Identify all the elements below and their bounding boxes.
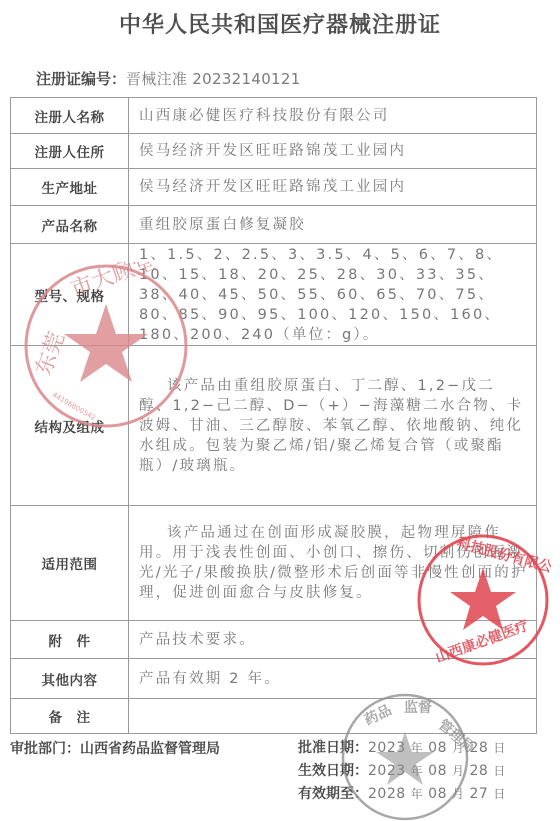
registration-number: 注册证编号：晋械注准 20232140121 xyxy=(36,68,301,89)
other-label: 其他内容 xyxy=(11,659,129,699)
approval-date-month: 08 xyxy=(428,740,447,756)
effective-date-year: 2023 xyxy=(368,763,406,779)
effective-date: 生效日期：2023年08月28日 xyxy=(298,760,511,783)
composition-label: 结构及组成 xyxy=(11,346,129,506)
scope-label: 适用范围 xyxy=(11,506,129,621)
approval-department: 审批部门：山西省药品监督管理局 xyxy=(10,738,220,758)
row-model-spec: 型号、规格 1、1.5、2、2.5、3、3.5、4、5、6、7、8、10、15、… xyxy=(11,244,537,346)
registration-number-value: 晋械注准 20232140121 xyxy=(126,70,301,88)
effective-date-day: 28 xyxy=(470,763,489,779)
row-registrant-address: 注册人住所 侯马经济开发区旺旺路锦茂工业园内 xyxy=(11,134,537,169)
approval-date: 批准日期：2023年08月28日 xyxy=(298,737,511,760)
model-spec-label: 型号、规格 xyxy=(11,244,129,346)
product-name-value: 重组胶原蛋白修复凝胶 xyxy=(129,206,537,244)
certificate-table: 注册人名称 山西康必健医疗科技股份有限公司 注册人住所 侯马经济开发区旺旺路锦茂… xyxy=(10,97,537,734)
remarks-label: 备 注 xyxy=(11,699,129,734)
effective-date-month: 08 xyxy=(428,763,447,779)
row-production-address: 生产地址 侯马经济开发区旺旺路锦茂工业园内 xyxy=(11,169,537,206)
expiry-date-year: 2028 xyxy=(368,786,406,802)
registrant-name-label: 注册人名称 xyxy=(11,98,129,134)
production-address-label: 生产地址 xyxy=(11,169,129,206)
production-address-value: 侯马经济开发区旺旺路锦茂工业园内 xyxy=(129,169,537,206)
row-remarks: 备 注 xyxy=(11,699,537,734)
document-title: 中华人民共和国医疗器械注册证 xyxy=(0,8,560,39)
scope-text: 该产品通过在创面形成凝胶膜，起物理屏障作用。用于浅表性创面、小创口、擦伤、切割伤… xyxy=(139,525,528,601)
approval-date-year: 2023 xyxy=(368,740,406,756)
dates-block: 批准日期：2023年08月28日 生效日期：2023年08月28日 有效期至：2… xyxy=(298,737,511,806)
row-composition: 结构及组成 该产品由重组胶原蛋白、丁二醇、1,2−戊二醇、1,2−己二醇、D−（… xyxy=(11,346,537,506)
other-value: 产品有效期 2 年。 xyxy=(129,659,537,699)
effective-date-label: 生效日期： xyxy=(298,763,368,779)
expiry-date-month: 08 xyxy=(428,786,447,802)
registrant-name-value: 山西康必健医疗科技股份有限公司 xyxy=(129,98,537,134)
expiry-date-label: 有效期至： xyxy=(298,786,368,802)
composition-text: 该产品由重组胶原蛋白、丁二醇、1,2−戊二醇、1,2−己二醇、D−（+）−海藻糖… xyxy=(139,378,523,474)
row-other: 其他内容 产品有效期 2 年。 xyxy=(11,659,537,699)
row-scope: 适用范围 该产品通过在创面形成凝胶膜，起物理屏障作用。用于浅表性创面、小创口、擦… xyxy=(11,506,537,621)
row-registrant-name: 注册人名称 山西康必健医疗科技股份有限公司 xyxy=(11,98,537,134)
model-spec-value: 1、1.5、2、2.5、3、3.5、4、5、6、7、8、10、15、18、20、… xyxy=(129,244,537,346)
approval-date-label: 批准日期： xyxy=(298,740,368,756)
scope-value: 该产品通过在创面形成凝胶膜，起物理屏障作用。用于浅表性创面、小创口、擦伤、切割伤… xyxy=(129,506,537,621)
remarks-value xyxy=(129,699,537,734)
row-product-name: 产品名称 重组胶原蛋白修复凝胶 xyxy=(11,206,537,244)
product-name-label: 产品名称 xyxy=(11,206,129,244)
registrant-address-value: 侯马经济开发区旺旺路锦茂工业园内 xyxy=(129,134,537,169)
attachment-value: 产品技术要求。 xyxy=(129,621,537,659)
expiry-date: 有效期至：2028年08月27日 xyxy=(298,783,511,806)
row-attachment: 附 件 产品技术要求。 xyxy=(11,621,537,659)
registration-number-label: 注册证编号： xyxy=(36,70,126,88)
approval-date-day: 28 xyxy=(470,740,489,756)
expiry-date-day: 27 xyxy=(470,786,489,802)
attachment-label: 附 件 xyxy=(11,621,129,659)
registrant-address-label: 注册人住所 xyxy=(11,134,129,169)
composition-value: 该产品由重组胶原蛋白、丁二醇、1,2−戊二醇、1,2−己二醇、D−（+）−海藻糖… xyxy=(129,346,537,506)
